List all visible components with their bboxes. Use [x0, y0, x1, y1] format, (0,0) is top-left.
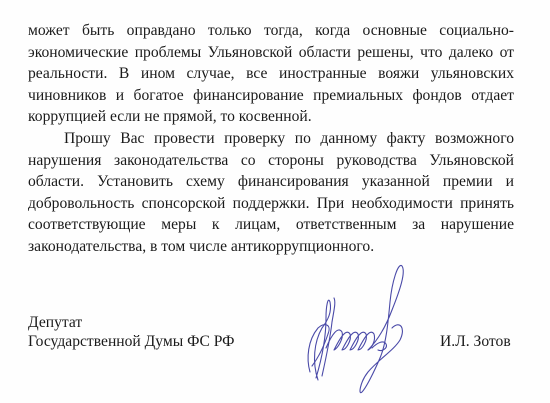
paragraph-request: Прошу Вас провести проверку по данному ф…	[28, 128, 514, 258]
position-organization: Государственной Думы ФС РФ	[28, 332, 235, 351]
letter-body: может быть оправдано только тогда, когда…	[28, 20, 514, 258]
signatory-position: Депутат Государственной Думы ФС РФ	[28, 313, 235, 351]
handwritten-signature-icon	[282, 262, 432, 400]
signer-name: И.Л. Зотов	[440, 332, 511, 351]
letter-page: может быть оправдано только тогда, когда…	[0, 0, 550, 403]
position-title: Депутат	[28, 313, 235, 332]
paragraph-conclusion: может быть оправдано только тогда, когда…	[28, 20, 514, 128]
